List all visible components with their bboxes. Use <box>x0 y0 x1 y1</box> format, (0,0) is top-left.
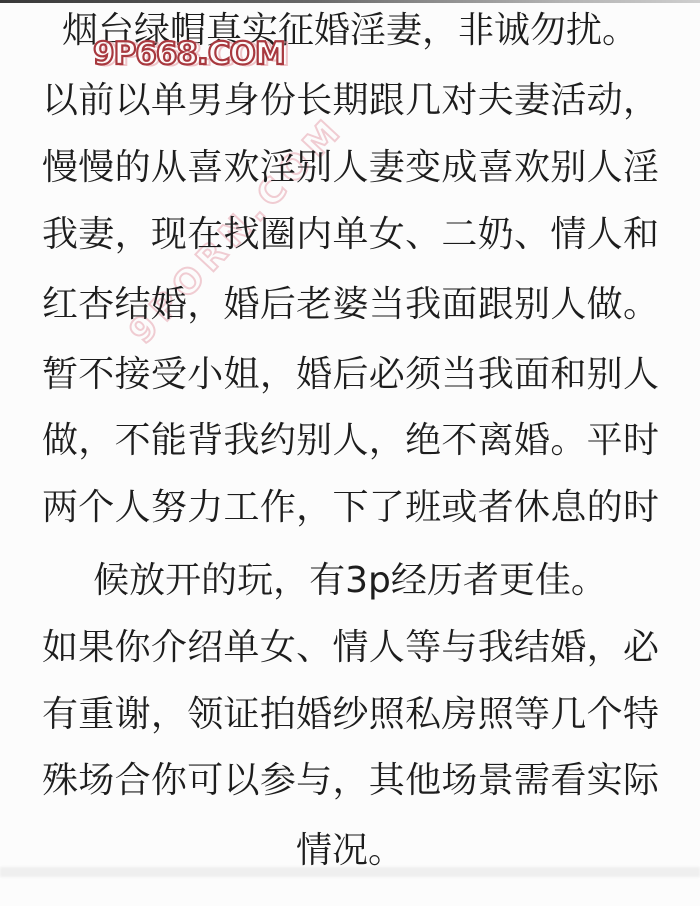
site-watermark-text: 9P668.COM <box>93 37 285 71</box>
top-edge-artifact <box>0 0 700 3</box>
text-line: 殊场合你可以参与，其他场景需看实际 <box>42 758 659 804</box>
text-line: 情况。 <box>0 828 700 874</box>
text-line: 暂不接受小姐，婚后必须当我面和别人 <box>42 352 659 398</box>
text-line: 候放开的玩，有3p经历者更佳。 <box>0 558 700 604</box>
text-line: 红杏结婚，婚后老婆当我面跟别人做。 <box>42 282 659 328</box>
text-line: 慢慢的从喜欢淫别人妻变成喜欢别人淫 <box>42 145 659 191</box>
text-line: 我妻，现在找圈内单女、二奶、情人和 <box>42 212 659 258</box>
text-line: 如果你介绍单女、情人等与我结婚，必 <box>42 625 659 671</box>
text-post-page: 9PORN.COM 烟台绿帽真实征婚淫妻，非诚勿扰。 以前以单男身份长期跟几对夫… <box>0 0 700 906</box>
text-line: 两个人努力工作，下了班或者休息的时 <box>42 485 659 531</box>
text-line: 有重谢，领证拍婚纱照私房照等几个特 <box>42 692 659 738</box>
text-line: 以前以单男身份长期跟几对夫妻活动， <box>42 78 659 124</box>
text-line: 做，不能背我约别人，绝不离婚。平时 <box>42 418 659 464</box>
